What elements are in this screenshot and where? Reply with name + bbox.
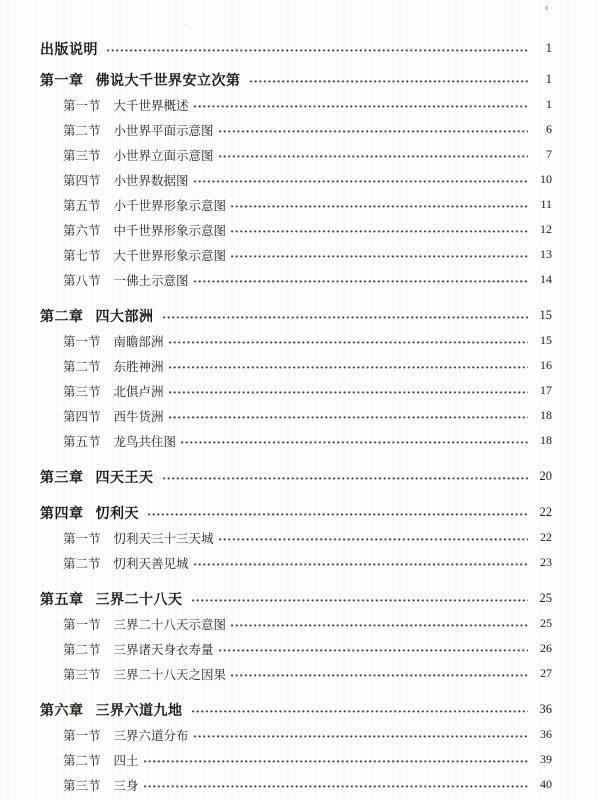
leader-dots	[192, 710, 529, 713]
entry-title: 四天王天	[96, 467, 154, 487]
entry-title: 三界六道九地	[96, 700, 183, 720]
toc-entry-section: 第三节小世界立面示意图 7	[40, 142, 552, 167]
entry-page: 12	[534, 222, 552, 237]
entry-title: 小千世界形象示意图	[114, 196, 227, 214]
leader-dots	[231, 230, 528, 233]
entry-title: 佛说大千世界安立次第	[96, 70, 241, 90]
entry-page: 7	[534, 147, 552, 162]
toc-entry-chapter: 第二章四大部洲 15	[40, 303, 552, 328]
entry-title: 忉利天三十三天城	[114, 529, 214, 547]
leader-dots	[169, 416, 528, 419]
toc-list: 出版说明 1 第一章佛说大千世界安立次第 1 第一节大千世界概述 1 第二节小世…	[0, 0, 600, 797]
entry-title: 小世界平面示意图	[114, 121, 214, 139]
entry-title: 小世界立面示意图	[114, 146, 214, 164]
entry-label: 第四节	[63, 171, 101, 189]
toc-entry-section: 第四节小世界数据图 10	[40, 167, 552, 192]
leader-dots	[194, 105, 528, 108]
entry-label: 第二节	[63, 121, 101, 139]
entry-page: 22	[534, 530, 552, 545]
toc-entry-section: 第二节忉利天善见城 23	[40, 550, 552, 575]
leader-dots	[231, 255, 528, 258]
leader-dots	[219, 155, 528, 158]
entry-label: 第四章	[40, 503, 84, 523]
leader-dots	[169, 366, 528, 369]
toc-entry-section: 第一节三界六道分布 36	[40, 722, 552, 747]
entry-label: 第四节	[63, 407, 101, 425]
entry-title: 四土	[114, 751, 139, 769]
toc-entry-chapter: 第一章佛说大千世界安立次第 1	[40, 67, 552, 92]
entry-page: 36	[534, 727, 552, 742]
toc-entry-section: 第五节龙鸟共住图 18	[40, 428, 552, 453]
leader-dots	[219, 649, 528, 652]
entry-label: 第一章	[40, 70, 84, 90]
leader-dots	[169, 391, 528, 394]
leader-dots	[181, 441, 528, 444]
entry-page: 22	[534, 505, 552, 520]
toc-entry-section: 第三节北俱卢洲 17	[40, 378, 552, 403]
toc-entry-section: 第四节西牛货洲 18	[40, 403, 552, 428]
toc-entry-section: 第一节忉利天三十三天城 22	[40, 525, 552, 550]
leader-dots	[231, 674, 528, 677]
entry-label: 第五章	[40, 589, 84, 609]
entry-title: 四大部洲	[96, 306, 154, 326]
leader-dots	[148, 513, 528, 516]
leader-dots	[194, 280, 528, 283]
entry-label: 第二节	[63, 357, 101, 375]
toc-entry-section: 第三节三界二十八天之因果 27	[40, 661, 552, 686]
entry-page: 27	[534, 666, 552, 681]
entry-label: 第五节	[63, 432, 101, 450]
entry-page: 17	[534, 383, 552, 398]
leader-dots	[194, 180, 528, 183]
leader-dots	[250, 80, 529, 83]
entry-page: 1	[534, 41, 552, 56]
leader-dots	[144, 785, 528, 788]
entry-page: 36	[534, 702, 552, 717]
entry-title: 三界二十八天之因果	[114, 665, 227, 683]
entry-label: 第五节	[63, 196, 101, 214]
entry-label: 第八节	[63, 271, 101, 289]
entry-label: 第一节	[63, 615, 101, 633]
leader-dots	[192, 599, 529, 602]
toc-entry-chapter: 第三章四天王天 20	[40, 464, 552, 489]
entry-page: 26	[534, 641, 552, 656]
entry-label: 第三节	[63, 776, 101, 794]
entry-title: 三身	[114, 776, 139, 794]
entry-page: 15	[534, 308, 552, 323]
entry-page: 6	[534, 122, 552, 137]
entry-label: 第一节	[63, 726, 101, 744]
entry-label: 第一节	[63, 529, 101, 547]
entry-page: 39	[534, 752, 552, 767]
toc-entry-section: 第八节一佛土示意图 14	[40, 267, 552, 292]
entry-page: 20	[534, 469, 552, 484]
entry-title: 三界诸天身衣寿量	[114, 640, 214, 658]
toc-entry-chapter: 第四章忉利天 22	[40, 500, 552, 525]
entry-label: 第一节	[63, 96, 101, 114]
entry-title: 一佛土示意图	[114, 271, 189, 289]
entry-page: 1	[534, 72, 552, 87]
leader-dots	[219, 130, 528, 133]
entry-label: 第三章	[40, 467, 84, 487]
entry-label: 第二节	[63, 751, 101, 769]
toc-entry-section: 第二节三界诸天身衣寿量 26	[40, 636, 552, 661]
entry-title: 龙鸟共住图	[114, 432, 177, 450]
entry-page: 25	[534, 616, 552, 631]
toc-entry-chapter: 第六章三界六道九地 36	[40, 697, 552, 722]
entry-title: 三界二十八天	[96, 589, 183, 609]
entry-title: 小世界数据图	[114, 171, 189, 189]
toc-entry-section: 第一节大千世界概述 1	[40, 92, 552, 117]
entry-label: 第二章	[40, 306, 84, 326]
leader-dots	[231, 205, 528, 208]
entry-page: 13	[534, 247, 552, 262]
entry-page: 40	[534, 777, 552, 792]
entry-page: 15	[534, 333, 552, 348]
entry-label: 第三节	[63, 382, 101, 400]
toc-entry-section: 第一节南瞻部洲 15	[40, 328, 552, 353]
entry-title: 三界二十八天示意图	[114, 615, 227, 633]
toc-entry-chapter: 第五章三界二十八天 25	[40, 586, 552, 611]
leader-dots	[231, 624, 528, 627]
toc-entry-section: 第五节小千世界形象示意图 11	[40, 192, 552, 217]
entry-title: 中千世界形象示意图	[114, 221, 227, 239]
leader-dots	[219, 538, 528, 541]
leader-dots	[163, 316, 529, 319]
leader-dots	[144, 760, 528, 763]
toc-entry-section: 第二节东胜神洲 16	[40, 353, 552, 378]
leader-dots	[163, 477, 529, 480]
toc-entry-section: 第二节小世界平面示意图 6	[40, 117, 552, 142]
entry-page: 25	[534, 591, 552, 606]
entry-label: 第二节	[63, 554, 101, 572]
entry-page: 18	[534, 408, 552, 423]
entry-title: 南瞻部洲	[114, 332, 164, 350]
entry-title: 东胜神洲	[114, 357, 164, 375]
entry-title: 西牛货洲	[114, 407, 164, 425]
entry-page: 11	[534, 197, 552, 212]
entry-label: 第六章	[40, 700, 84, 720]
leader-dots	[194, 735, 528, 738]
entry-label: 第三节	[63, 146, 101, 164]
leader-dots	[169, 341, 528, 344]
entry-label: 出版说明	[40, 39, 98, 59]
entry-page: 14	[534, 272, 552, 287]
entry-page: 1	[534, 97, 552, 112]
toc-entry-section: 第一节三界二十八天示意图 25	[40, 611, 552, 636]
entry-page: 23	[534, 555, 552, 570]
entry-title: 大千世界形象示意图	[114, 246, 227, 264]
toc-entry-section: 第二节四土 39	[40, 747, 552, 772]
entry-title: 三界六道分布	[114, 726, 189, 744]
toc-entry-section: 第三节三身 40	[40, 772, 552, 797]
entry-page: 18	[534, 433, 552, 448]
toc-entry-section: 第六节中千世界形象示意图 12	[40, 217, 552, 242]
entry-label: 第三节	[63, 665, 101, 683]
leader-dots	[107, 49, 528, 52]
entry-label: 第六节	[63, 221, 101, 239]
toc-entry-front: 出版说明 1	[40, 36, 552, 61]
entry-title: 北俱卢洲	[114, 382, 164, 400]
entry-title: 忉利天	[96, 503, 140, 523]
entry-title: 忉利天善见城	[114, 554, 189, 572]
entry-label: 第七节	[63, 246, 101, 264]
scanned-toc-page: { "colors": { "paper": "#fcfcfb", "ink":…	[0, 0, 600, 800]
entry-page: 16	[534, 358, 552, 373]
toc-entry-section: 第七节大千世界形象示意图 13	[40, 242, 552, 267]
leader-dots	[194, 563, 528, 566]
entry-page: 10	[534, 172, 552, 187]
entry-label: 第二节	[63, 640, 101, 658]
entry-title: 大千世界概述	[114, 96, 189, 114]
entry-label: 第一节	[63, 332, 101, 350]
